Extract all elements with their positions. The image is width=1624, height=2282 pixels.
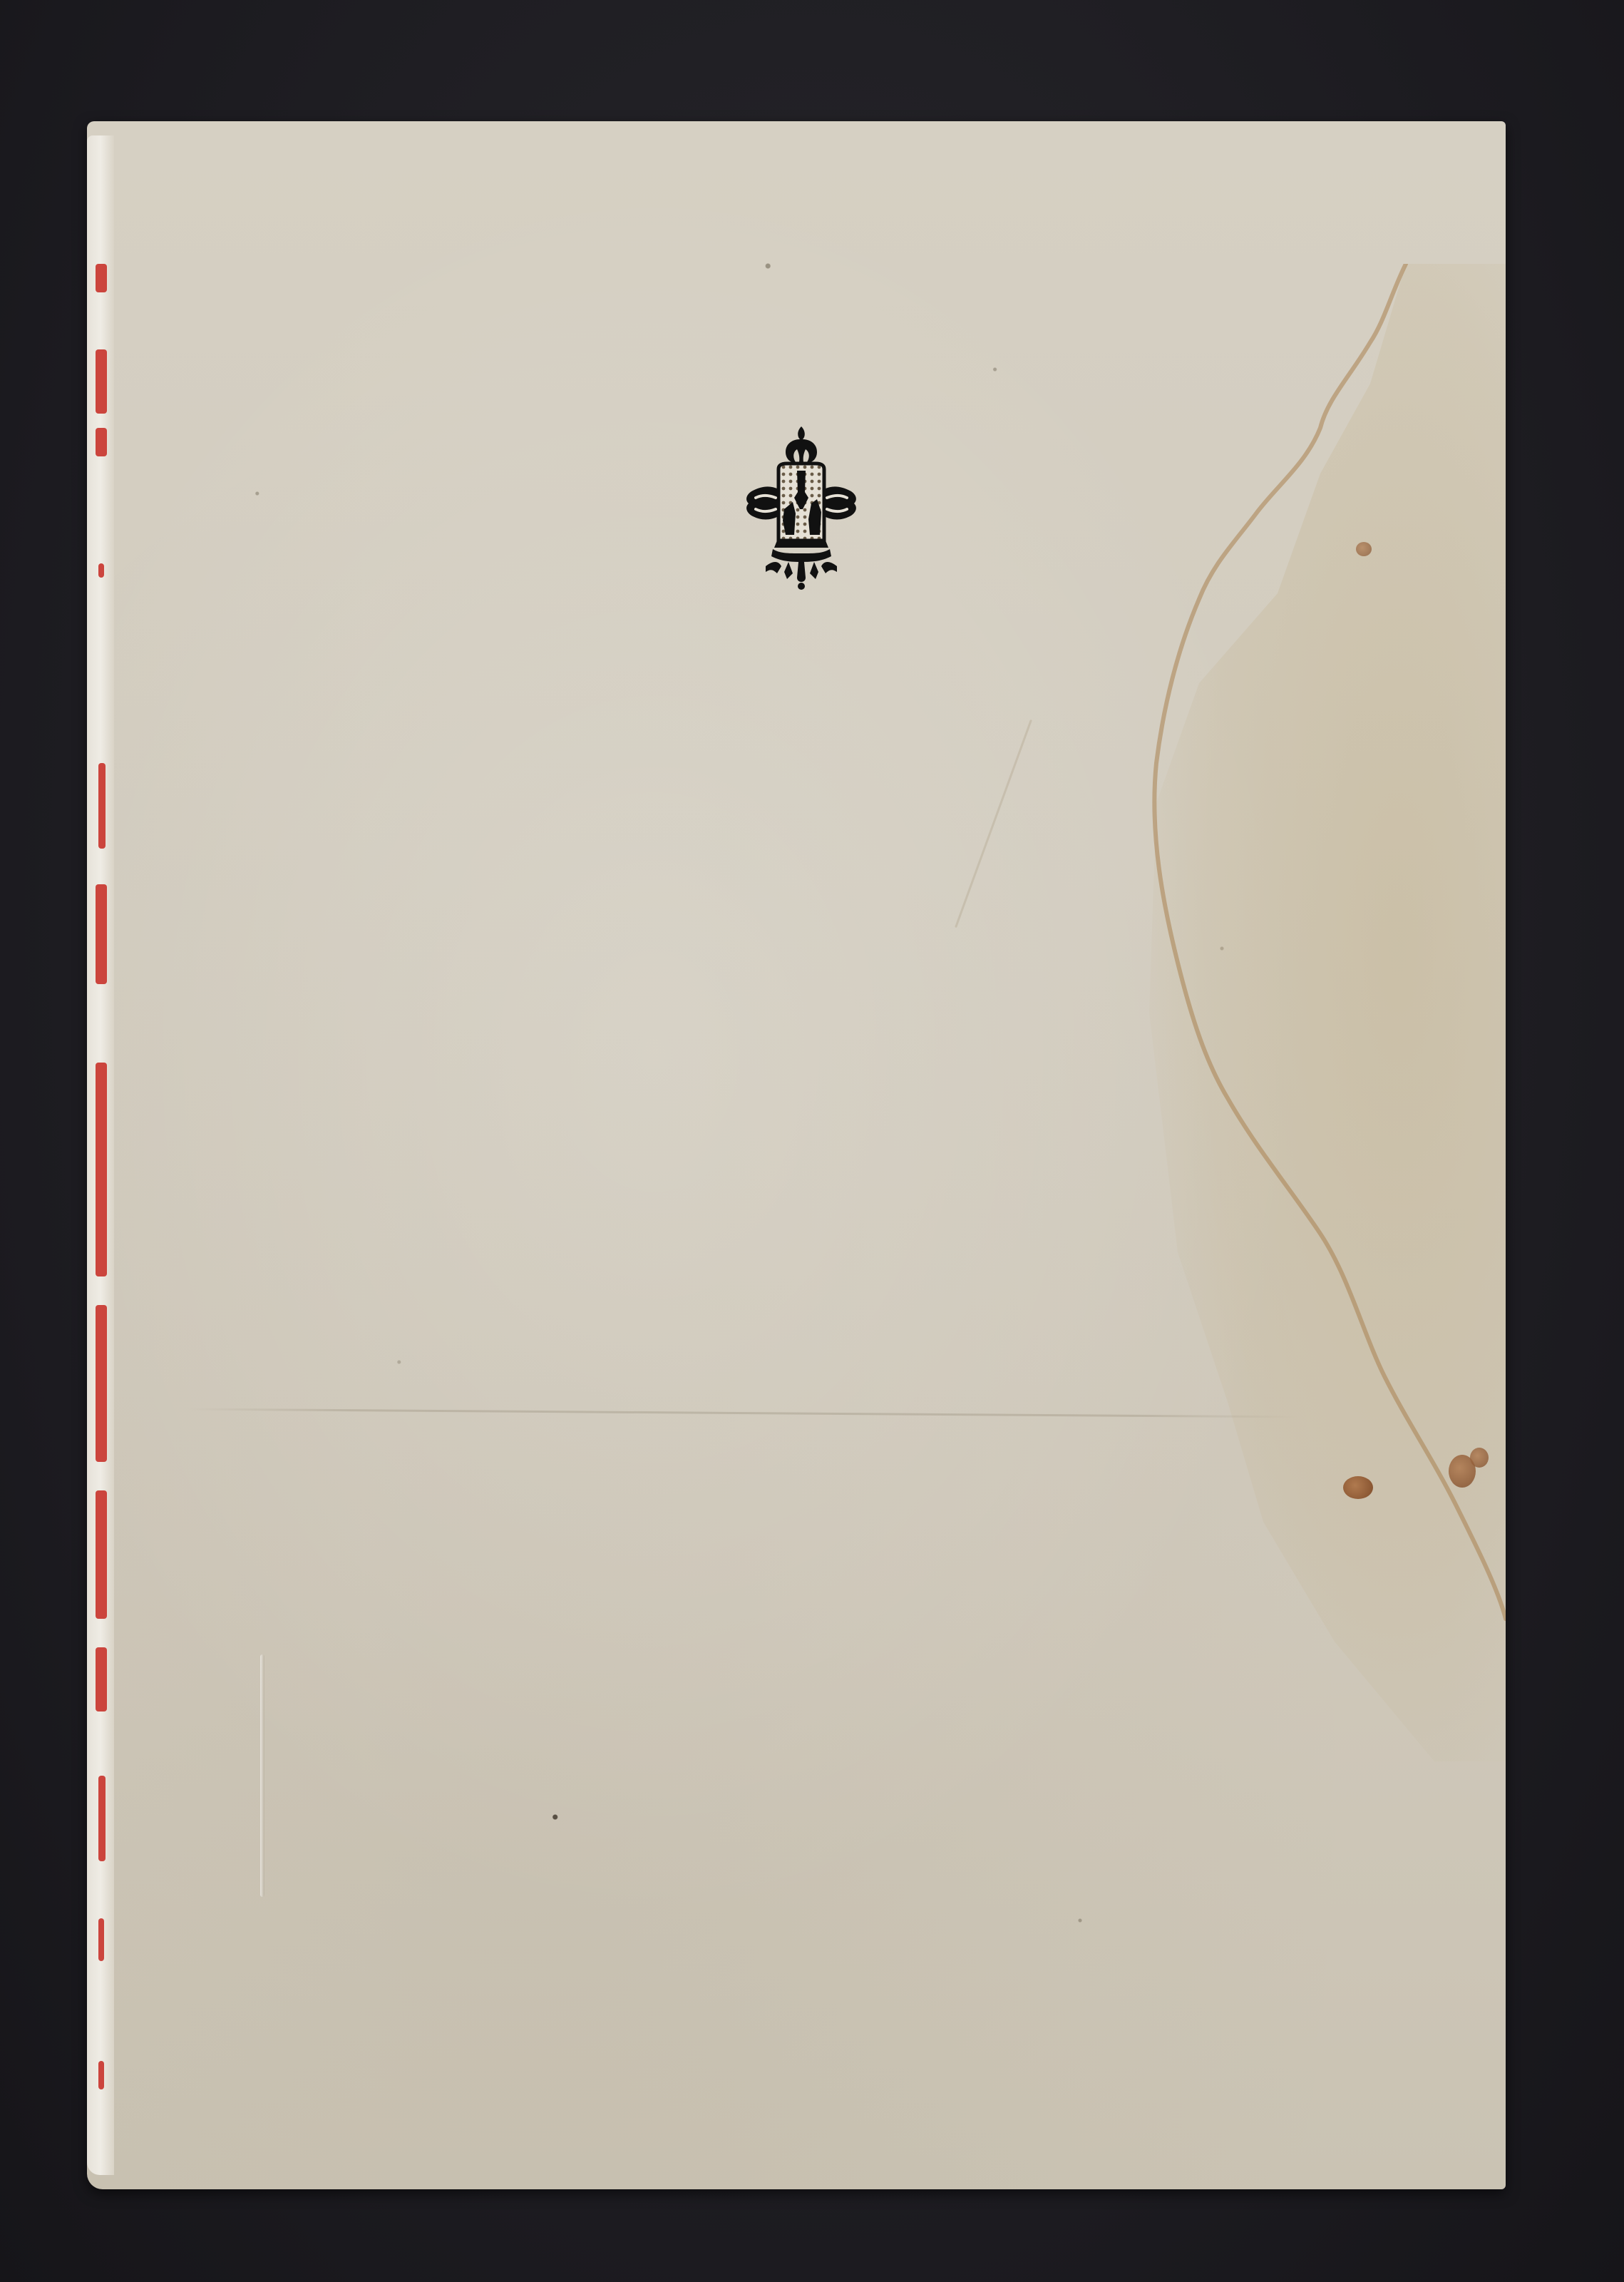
red-ink-fleck [96, 884, 107, 984]
water-stain [1149, 264, 1506, 1761]
red-ink-fleck [98, 2061, 104, 2089]
brown-spot [1343, 1476, 1373, 1499]
red-ink-fleck [98, 1776, 106, 1861]
red-ink-fleck [98, 1918, 104, 1961]
brown-spot [1470, 1448, 1489, 1468]
red-ink-fleck [96, 1063, 107, 1276]
red-ink-fleck [96, 349, 107, 414]
water-stain-outline [1149, 264, 1506, 1761]
book-back-cover [87, 121, 1506, 2189]
ornamental-book-crest-icon [737, 421, 865, 592]
red-ink-fleck [96, 1647, 107, 1711]
red-ink-fleck [96, 264, 107, 292]
red-ink-fleck [96, 1305, 107, 1462]
red-ink-fleck [98, 563, 104, 578]
spine-edge [87, 135, 114, 2175]
crease [260, 1654, 264, 1897]
brown-spot [1356, 542, 1372, 556]
red-ink-fleck [96, 428, 107, 456]
fold-line [187, 1408, 1299, 1418]
red-ink-fleck [96, 1490, 107, 1619]
scratch-mark [955, 720, 1032, 928]
red-ink-fleck [98, 763, 106, 849]
